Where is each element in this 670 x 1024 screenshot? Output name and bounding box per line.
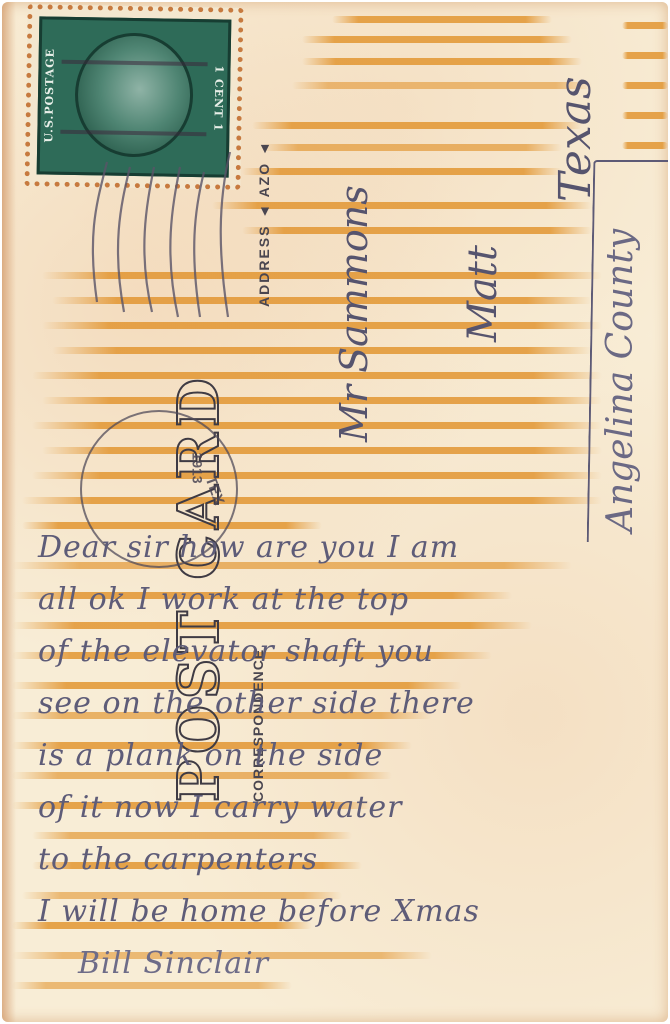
message-line: see on the other side there <box>38 678 658 730</box>
message-line: I will be home before Xmas <box>38 886 658 938</box>
message-line: Dear sir how are you I am <box>38 522 658 574</box>
message-line: to the carpenters <box>38 834 658 886</box>
address-label: ADDRESS ◄ AZO ◄ <box>256 140 272 307</box>
address-name: Mr Sammons <box>332 185 376 442</box>
address-county: Angelina County <box>600 229 641 532</box>
message-line: all ok I work at the top <box>38 574 658 626</box>
message-line: is a plank on the side <box>38 730 658 782</box>
message-line: of it now I carry water <box>38 782 658 834</box>
stamp-portrait-icon <box>74 32 194 158</box>
message-line: of the elevator shaft you <box>38 626 658 678</box>
address-city: Matt <box>460 245 506 342</box>
postcard: U.S.POSTAGE 1 CENT 1 ADDRESS ◄ AZO ◄ POS… <box>2 2 668 1022</box>
message-body: Dear sir how are you I am all ok I work … <box>38 522 658 990</box>
stamp-postage-text: U.S.POSTAGE <box>42 19 67 171</box>
signature: Bill Sinclair <box>38 938 658 990</box>
postmark-state: TEX <box>202 474 228 507</box>
cancellation-waves-icon <box>82 152 242 322</box>
